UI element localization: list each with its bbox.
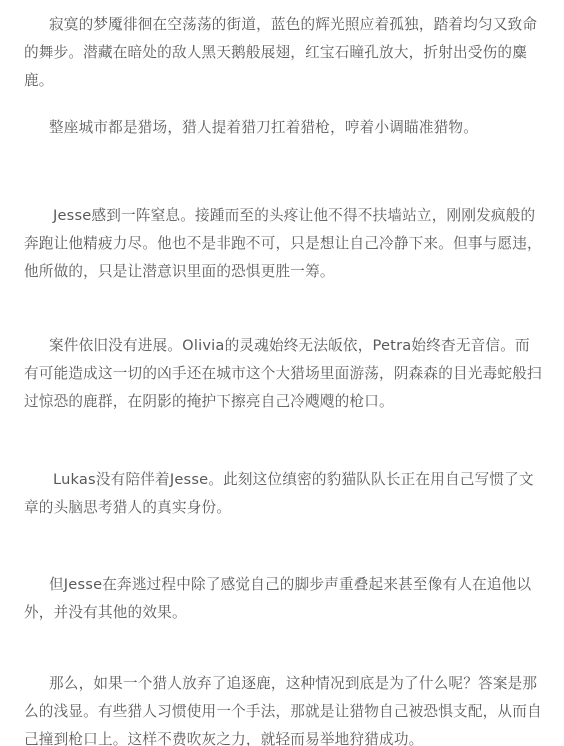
paragraph-4: 案件依旧没有进展。Olivia的灵魂始终无法皈依，Petra始终杳无音信。而有可…: [24, 332, 544, 416]
paragraph-1: 寂寞的梦魇徘徊在空荡荡的街道，蓝色的辉光照应着孤独，踏着均匀又致命的舞步。潜藏在…: [24, 11, 544, 95]
paragraph-5: Lukas没有陪伴着Jesse。此刻这位缜密的豹猫队队长正在用自己写惯了文章的头…: [24, 466, 544, 522]
paragraph-2: 整座城市都是猎场，猎人提着猎刀扛着猎枪，哼着小调瞄准猎物。: [24, 114, 544, 142]
paragraph-6: 但Jesse在奔逃过程中除了感觉自己的脚步声重叠起来甚至像有人在追他以外，并没有…: [24, 571, 544, 627]
paragraph-3: Jesse感到一阵窒息。接踵而至的头疼让他不得不扶墙站立，刚刚发疯般的奔跑让他精…: [24, 202, 544, 286]
paragraph-7: 那么，如果一个猎人放弃了追逐鹿，这种情况到底是为了什么呢？答案是那么的浅显。有些…: [24, 670, 544, 746]
